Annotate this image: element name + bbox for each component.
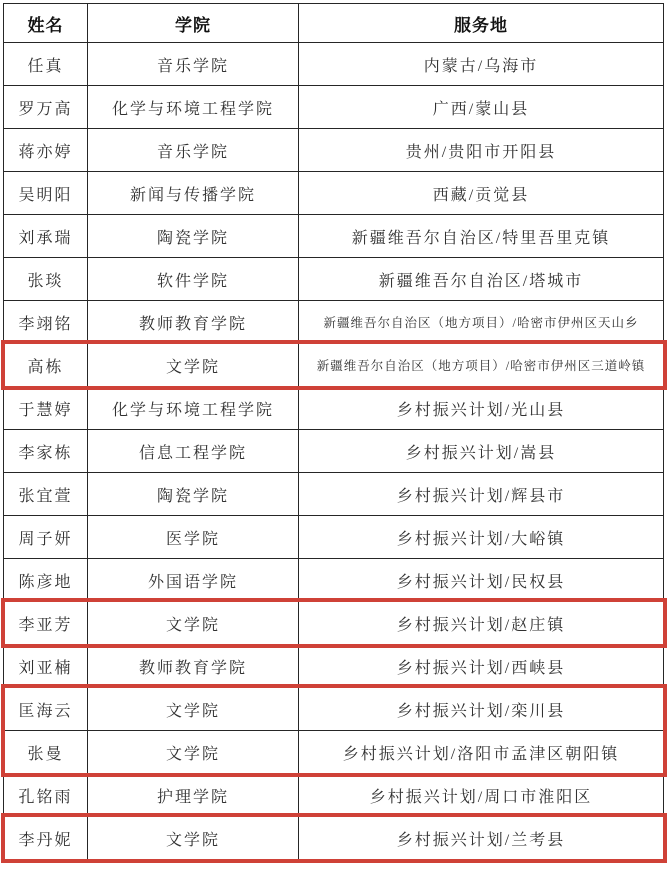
location-cell: 贵州/贵阳市开阳县 [299,129,664,172]
location-cell: 新疆维吾尔自治区/特里吾里克镇 [299,215,664,258]
name-cell: 张宜萱 [4,473,88,516]
college-cell: 文学院 [88,688,299,731]
college-cell: 护理学院 [88,774,299,817]
location-cell: 乡村振兴计划/光山县 [299,387,664,430]
location-cell: 西藏/贡觉县 [299,172,664,215]
college-cell: 音乐学院 [88,129,299,172]
location-cell: 乡村振兴计划/栾川县 [299,688,664,731]
location-cell: 乡村振兴计划/嵩县 [299,430,664,473]
assignment-table: 姓名 学院 服务地 任真音乐学院内蒙古/乌海市罗万高化学与环境工程学院广西/蒙山… [3,3,664,860]
location-cell: 新疆维吾尔自治区/塔城市 [299,258,664,301]
header-row: 姓名 学院 服务地 [4,4,664,43]
college-cell: 文学院 [88,731,299,774]
document-page: 姓名 学院 服务地 任真音乐学院内蒙古/乌海市罗万高化学与环境工程学院广西/蒙山… [0,0,669,879]
name-cell: 匡海云 [4,688,88,731]
location-cell: 广西/蒙山县 [299,86,664,129]
location-cell: 乡村振兴计划/西峡县 [299,645,664,688]
table-row: 张宜萱陶瓷学院乡村振兴计划/辉县市 [4,473,664,516]
college-cell: 陶瓷学院 [88,473,299,516]
college-cell: 软件学院 [88,258,299,301]
name-cell: 罗万高 [4,86,88,129]
header-name: 姓名 [4,4,88,43]
location-cell: 乡村振兴计划/民权县 [299,559,664,602]
college-cell: 音乐学院 [88,43,299,86]
location-cell: 乡村振兴计划/洛阳市孟津区朝阳镇 [299,731,664,774]
name-cell: 周子妍 [4,516,88,559]
name-cell: 刘承瑞 [4,215,88,258]
name-cell: 任真 [4,43,88,86]
header-service-location: 服务地 [299,4,664,43]
location-cell: 新疆维吾尔自治区（地方项目）/哈密市伊州区三道岭镇 [299,344,664,387]
table-row: 周子妍医学院乡村振兴计划/大峪镇 [4,516,664,559]
table-row: 匡海云文学院乡村振兴计划/栾川县 [4,688,664,731]
table-row: 刘承瑞陶瓷学院新疆维吾尔自治区/特里吾里克镇 [4,215,664,258]
table-row: 吴明阳新闻与传播学院西藏/贡觉县 [4,172,664,215]
table-row: 刘亚楠教师教育学院乡村振兴计划/西峡县 [4,645,664,688]
college-cell: 陶瓷学院 [88,215,299,258]
name-cell: 于慧婷 [4,387,88,430]
name-cell: 李家栋 [4,430,88,473]
name-cell: 孔铭雨 [4,774,88,817]
college-cell: 医学院 [88,516,299,559]
header-college: 学院 [88,4,299,43]
location-cell: 乡村振兴计划/赵庄镇 [299,602,664,645]
college-cell: 文学院 [88,602,299,645]
table-row: 孔铭雨护理学院乡村振兴计划/周口市淮阳区 [4,774,664,817]
name-cell: 李丹妮 [4,817,88,860]
college-cell: 新闻与传播学院 [88,172,299,215]
location-cell: 乡村振兴计划/辉县市 [299,473,664,516]
name-cell: 张琰 [4,258,88,301]
location-cell: 乡村振兴计划/兰考县 [299,817,664,860]
table-row: 张曼文学院乡村振兴计划/洛阳市孟津区朝阳镇 [4,731,664,774]
college-cell: 化学与环境工程学院 [88,387,299,430]
location-cell: 乡村振兴计划/大峪镇 [299,516,664,559]
name-cell: 张曼 [4,731,88,774]
college-cell: 教师教育学院 [88,301,299,344]
college-cell: 外国语学院 [88,559,299,602]
table-row: 李家栋信息工程学院乡村振兴计划/嵩县 [4,430,664,473]
table-row: 高栋文学院新疆维吾尔自治区（地方项目）/哈密市伊州区三道岭镇 [4,344,664,387]
name-cell: 刘亚楠 [4,645,88,688]
college-cell: 化学与环境工程学院 [88,86,299,129]
name-cell: 李翊铭 [4,301,88,344]
college-cell: 文学院 [88,344,299,387]
name-cell: 陈彦地 [4,559,88,602]
table-row: 陈彦地外国语学院乡村振兴计划/民权县 [4,559,664,602]
college-cell: 文学院 [88,817,299,860]
table-row: 李亚芳文学院乡村振兴计划/赵庄镇 [4,602,664,645]
location-cell: 新疆维吾尔自治区（地方项目）/哈密市伊州区天山乡 [299,301,664,344]
location-cell: 内蒙古/乌海市 [299,43,664,86]
name-cell: 吴明阳 [4,172,88,215]
table-row: 蒋亦婷音乐学院贵州/贵阳市开阳县 [4,129,664,172]
table-row: 张琰软件学院新疆维吾尔自治区/塔城市 [4,258,664,301]
table-row: 任真音乐学院内蒙古/乌海市 [4,43,664,86]
table-row: 李丹妮文学院乡村振兴计划/兰考县 [4,817,664,860]
college-cell: 信息工程学院 [88,430,299,473]
table-row: 于慧婷化学与环境工程学院乡村振兴计划/光山县 [4,387,664,430]
table-row: 罗万高化学与环境工程学院广西/蒙山县 [4,86,664,129]
table-row: 李翊铭教师教育学院新疆维吾尔自治区（地方项目）/哈密市伊州区天山乡 [4,301,664,344]
location-cell: 乡村振兴计划/周口市淮阳区 [299,774,664,817]
name-cell: 蒋亦婷 [4,129,88,172]
college-cell: 教师教育学院 [88,645,299,688]
name-cell: 李亚芳 [4,602,88,645]
name-cell: 高栋 [4,344,88,387]
